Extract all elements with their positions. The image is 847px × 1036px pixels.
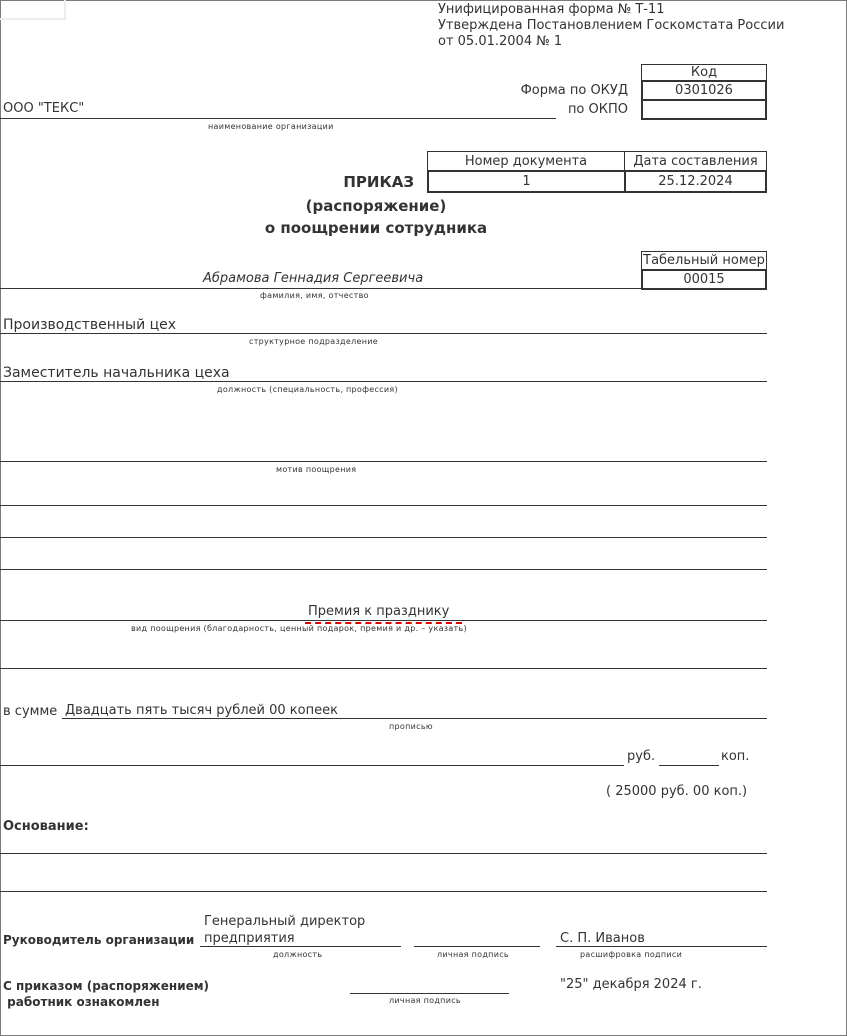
head-name[interactable]: С. П. Иванов [560,931,645,946]
form-approval-date: от 05.01.2004 № 1 [438,34,562,49]
head-name-caption: расшифровка подписи [580,950,682,959]
employee-name-caption: фамилия, имя, отчество [260,291,369,300]
reward-type[interactable]: Премия к празднику [308,604,449,619]
amount-numeric: ( 25000 руб. 00 коп.) [606,784,747,799]
organization-caption: наименование организации [208,122,334,131]
doc-number-value[interactable]: 1 [427,170,626,193]
motive-line[interactable] [0,461,767,462]
amount-words-caption: прописью [389,722,433,731]
ack-signature-caption: личная подпись [389,996,461,1005]
reward-line [0,620,767,621]
amount-kop-line[interactable] [659,765,719,766]
organization-name[interactable]: ООО "ТЕКС" [3,101,84,116]
position-caption: должность (специальность, профессия) [217,385,398,394]
doc-subtitle: (распоряжение) [246,197,506,215]
ack-date[interactable]: "25" декабря 2024 г. [560,977,702,992]
position-value[interactable]: Заместитель начальника цеха [3,365,230,381]
reward-caption: вид поощрения (благодарность, ценный под… [131,624,467,633]
employee-name-line [0,288,641,289]
department-line [0,333,767,334]
motive-line-4[interactable] [0,569,767,570]
tab-number-value[interactable]: 00015 [641,269,767,290]
amount-words-line [62,718,767,719]
motive-line-3[interactable] [0,537,767,538]
basis-line-1[interactable] [0,853,767,854]
ack-signature-line[interactable] [350,993,509,994]
doc-date-value[interactable]: 25.12.2024 [624,170,767,193]
amount-label: в сумме [3,704,57,719]
department-caption: структурное подразделение [249,337,378,346]
okud-value[interactable]: 0301026 [641,80,767,101]
organization-line [0,118,556,119]
rub-label: руб. [627,749,655,764]
head-position-line2[interactable]: предприятия [204,931,295,946]
corner-cell [0,0,66,20]
amount-words[interactable]: Двадцать пять тысяч рублей 00 копеек [65,703,338,718]
head-position-line [200,946,401,947]
head-signature-line[interactable] [414,946,540,947]
head-signature-caption: личная подпись [437,950,509,959]
kop-label: коп. [721,749,749,764]
basis-line-2[interactable] [0,891,767,892]
doc-date-header: Дата составления [624,151,767,171]
doc-subject: о поощрении сотрудника [226,219,526,237]
tab-number-header: Табельный номер [641,251,767,270]
position-line [0,381,767,382]
ack-line2: работник ознакомлен [3,995,160,1009]
employee-name[interactable]: Абрамова Геннадия Сергеевича [203,271,423,286]
motive-caption: мотив поощрения [276,465,356,474]
department-value[interactable]: Производственный цех [3,317,176,333]
ack-line1: С приказом (распоряжением) [3,979,209,993]
head-position-caption: должность [273,950,322,959]
basis-label: Основание: [3,819,89,834]
head-name-line [556,946,767,947]
form-approval: Утверждена Постановлением Госкомстата Ро… [438,18,784,33]
doc-title: ПРИКАЗ [343,173,414,191]
okpo-value[interactable] [641,99,767,120]
doc-number-header: Номер документа [427,151,625,171]
reward-line-2[interactable] [0,668,767,669]
amount-rub-line[interactable] [0,765,624,766]
head-label: Руководитель организации [3,933,194,947]
code-header: Код [641,64,767,81]
motive-line-2[interactable] [0,505,767,506]
form-title: Унифицированная форма № Т-11 [438,2,665,17]
okpo-label: по ОКПО [568,102,628,117]
head-position-line1[interactable]: Генеральный директор [204,914,365,929]
okud-label: Форма по ОКУД [521,83,628,98]
